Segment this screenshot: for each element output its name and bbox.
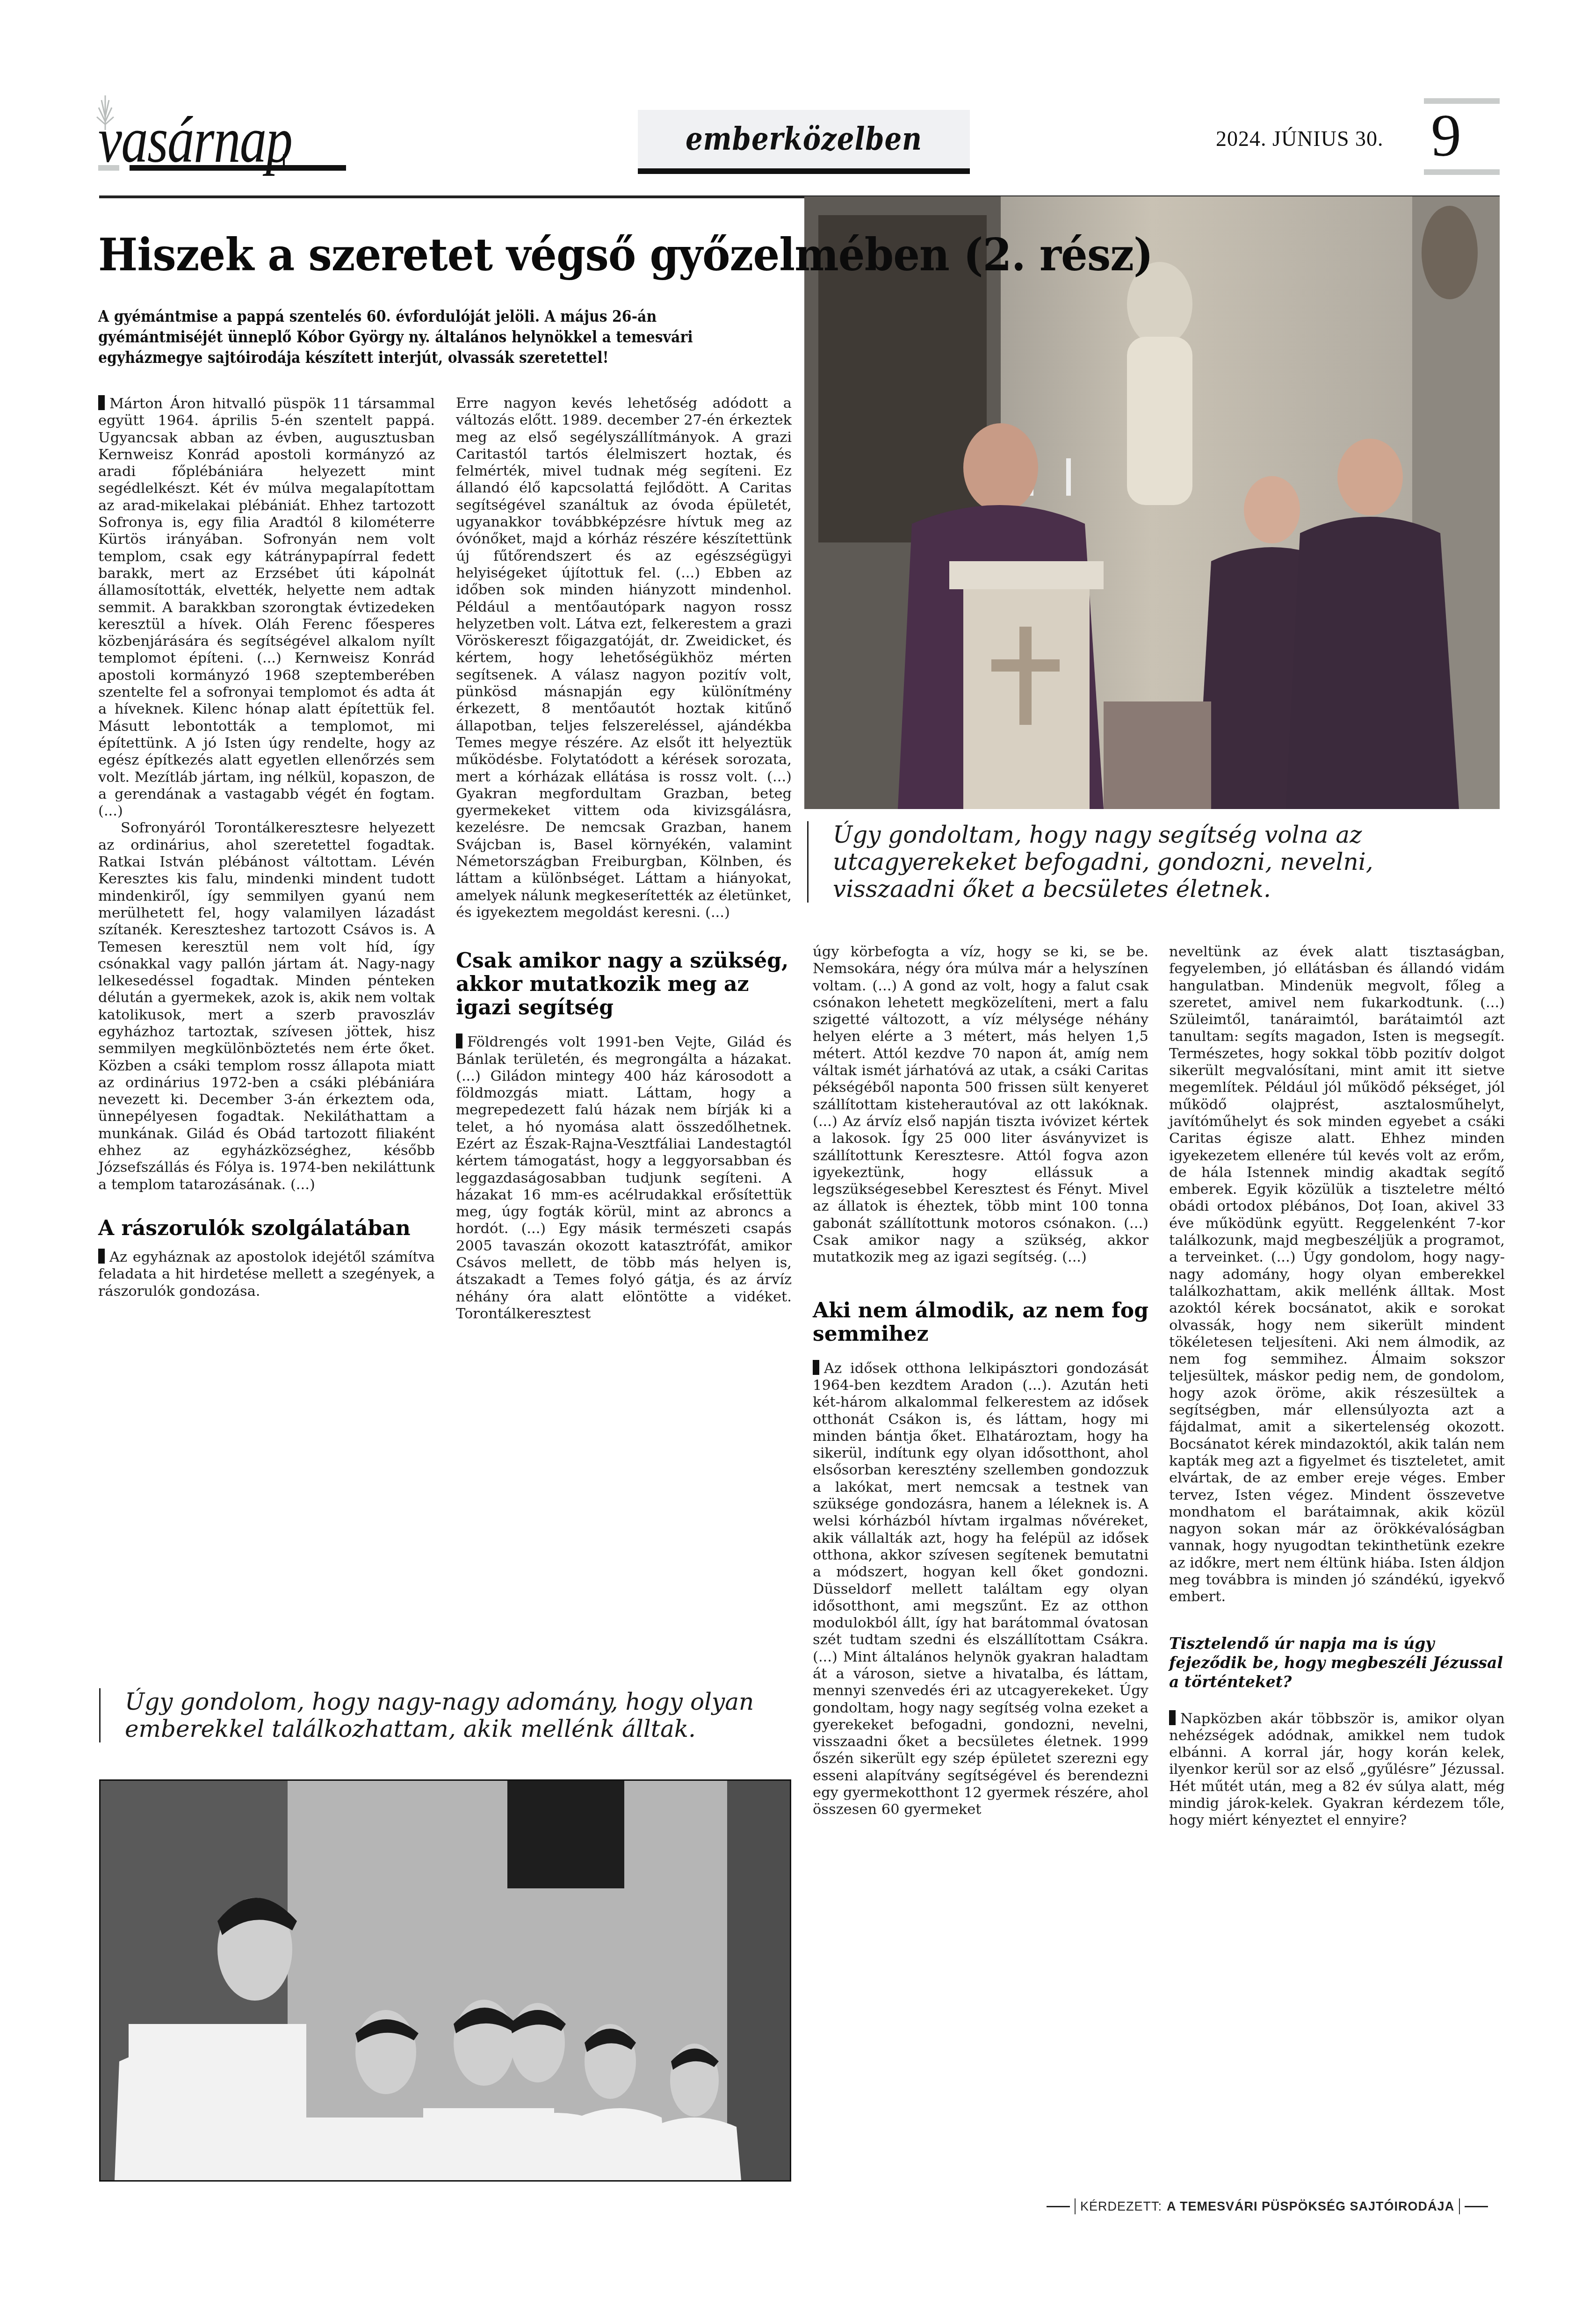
photo-priest-at-altar bbox=[804, 196, 1500, 809]
paragraph: Az egyháznak az apostolok idejétől számí… bbox=[98, 1249, 435, 1300]
paragraph-marker bbox=[456, 1034, 462, 1048]
section-label: emberközelben bbox=[663, 120, 945, 158]
pull-quote-2: Úgy gondolom, hogy nagy-nagy adomány, ho… bbox=[99, 1688, 817, 1742]
paragraph: Erre nagyon kevés lehetőség adódott a vá… bbox=[456, 395, 792, 921]
paragraph: Napközben akár többször is, amikor olyan… bbox=[1169, 1710, 1505, 1829]
section-underline bbox=[638, 168, 970, 174]
article-lede: A gyémántmise a pappá szentelés 60. évfo… bbox=[98, 306, 773, 368]
issue-date: 2024. JÚNIUS 30. bbox=[1216, 126, 1383, 151]
credit-name: A TEMESVÁRI PÜSPÖKSÉG SAJTÓIRODÁJA bbox=[1167, 2199, 1454, 2214]
page-number: 9 bbox=[1431, 105, 1461, 166]
credit-rule-right bbox=[1465, 2206, 1488, 2207]
credit-tick-right bbox=[1459, 2198, 1460, 2214]
interview-question: Tisztelendő úr napja ma is úgy fejeződik… bbox=[1169, 1634, 1505, 1691]
photo-ordinands-bw bbox=[99, 1779, 791, 2182]
paragraph: Sofronyáról Torontálkeresztesre helyezet… bbox=[98, 820, 435, 1193]
subhead-raszorulok: A rászorulók szolgálatában bbox=[98, 1217, 435, 1240]
photo-placeholder-altar bbox=[804, 196, 1500, 809]
photo-placeholder-ordinands bbox=[101, 1781, 790, 2180]
credit-line: KÉRDEZETT: A TEMESVÁRI PÜSPÖKSÉG SAJTÓIR… bbox=[1047, 2198, 1488, 2215]
logo-descender-tick bbox=[283, 154, 285, 168]
subhead-szukseg: Csak amikor nagy a szükség, akkor mutatk… bbox=[456, 949, 792, 1019]
paragraph: Az idősek otthona lelkipásztori gondozás… bbox=[813, 1360, 1148, 1819]
section-label-box: emberközelben bbox=[638, 110, 970, 168]
paragraph-marker bbox=[98, 395, 105, 410]
paragraph: neveltünk az évek alatt tisztaságban, fe… bbox=[1169, 944, 1505, 1606]
article-headline: Hiszek a szeretet végső győzelmében (2. … bbox=[98, 229, 1153, 281]
logo-square-decoration bbox=[98, 165, 119, 171]
credit-label: KÉRDEZETT: bbox=[1080, 2199, 1162, 2214]
logo-text: vasárnap bbox=[98, 108, 292, 173]
paragraph-marker bbox=[1169, 1710, 1176, 1725]
pull-quote-1: Úgy gondoltam, hogy nagy segítség volna … bbox=[807, 821, 1497, 903]
article-column-2: Erre nagyon kevés lehetőség adódott a vá… bbox=[456, 395, 792, 1323]
credit-rule-left bbox=[1047, 2206, 1070, 2207]
logo-underline bbox=[130, 165, 346, 171]
paragraph-marker bbox=[813, 1360, 819, 1375]
paragraph: úgy körbefogta a víz, hogy se ki, se be.… bbox=[813, 944, 1148, 1266]
paragraph: Földrengés volt 1991-ben Vejte, Gilád és… bbox=[456, 1034, 792, 1323]
masthead-logo: vasárnap bbox=[96, 94, 348, 178]
article-column-3: úgy körbefogta a víz, hogy se ki, se be.… bbox=[813, 944, 1148, 1819]
subhead-almodik: Aki nem álmodik, az nem fog semmihez bbox=[813, 1299, 1148, 1346]
article-column-4: neveltünk az évek alatt tisztaságban, fe… bbox=[1169, 944, 1505, 1829]
article-column-1: Márton Áron hitvalló püspök 11 társammal… bbox=[98, 395, 435, 1300]
credit-tick-left bbox=[1075, 2198, 1076, 2214]
page-number-bar-bottom bbox=[1424, 169, 1500, 175]
paragraph-marker bbox=[98, 1249, 105, 1264]
paragraph: Márton Áron hitvalló püspök 11 társammal… bbox=[98, 395, 435, 820]
